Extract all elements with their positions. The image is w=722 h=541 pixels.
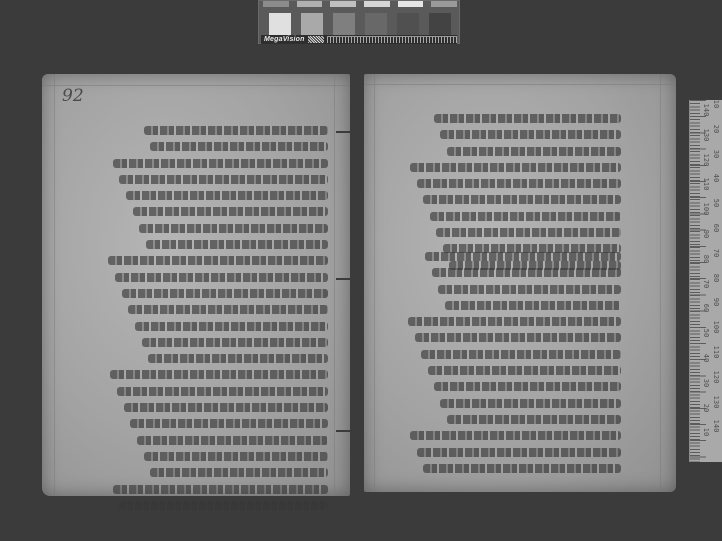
script-line [137,436,328,445]
script-line [430,212,621,221]
script-line [438,285,621,294]
script-line [434,114,621,123]
script-line [122,289,328,298]
script-line [410,431,621,440]
ruler-label-right: 120 [712,367,720,387]
mm-scale-ruler: 1401301201101009080706050403020101020304… [689,100,722,462]
swatch-4 [365,13,387,35]
ruler-label-left: 50 [702,323,710,343]
script-line [139,224,328,233]
ruler-label-left: 110 [702,174,710,194]
ruler-label-right: 80 [712,268,720,288]
ruler-label-right: 20 [712,119,720,139]
target-scale [327,36,457,43]
script-line [421,350,621,359]
ruler-label-left: 100 [702,199,710,219]
script-line [126,191,328,200]
swatch-1 [269,13,291,35]
script-line [428,366,622,375]
script-line [423,195,621,204]
script-line [150,468,328,477]
swatch-5 [397,13,419,35]
swatch [330,1,356,7]
script-line [417,448,621,457]
ruler-label-left: 130 [702,125,710,145]
script-line [432,268,621,277]
script-line [150,142,328,151]
ruler-label-left: 120 [702,150,710,170]
script-line [113,485,328,494]
ruler-label-right: 50 [712,193,720,213]
script-line [408,317,621,326]
color-target-top-row [263,1,457,7]
script-line [447,147,621,156]
manuscript-page-right [364,74,676,492]
megavision-logo: MegaVision [261,36,308,43]
ruler-label-right: 110 [712,342,720,362]
ruler-label-left: 70 [702,274,710,294]
megavision-color-target: MegaVision [258,0,460,44]
swatch [364,1,390,7]
script-line [447,415,621,424]
script-line [117,387,328,396]
script-line [144,452,328,461]
ruler-label-left: 10 [702,422,710,442]
ruler-label-left: 20 [702,398,710,418]
script-line [119,175,328,184]
ruler-label-right: 130 [712,392,720,412]
script-line [440,399,621,408]
swatch [263,1,289,7]
ruler-label-left: 30 [702,373,710,393]
right-page-text-block-2 [406,252,621,480]
ruler-label-left: 140 [702,100,710,120]
resolution-pattern-icon [308,36,324,43]
script-line [417,179,621,188]
swatch [398,1,424,7]
swatch-6 [429,13,451,35]
ruler-label-right: 10 [712,94,720,114]
script-line [133,207,328,216]
swatch-3 [333,13,355,35]
folio-number: 92 [62,86,84,106]
script-line [144,126,328,135]
swatch [297,1,323,7]
script-line [423,464,621,473]
script-line [119,501,328,510]
script-line [425,252,621,261]
swatch-2 [301,13,323,35]
script-line [434,382,621,391]
ruling-line [364,84,676,85]
script-line [445,301,621,310]
ruler-label-right: 90 [712,292,720,312]
ruler-label-right: 30 [712,144,720,164]
script-line [148,354,328,363]
ruler-label-right: 70 [712,243,720,263]
ruler-label-left: 40 [702,348,710,368]
ruler-label-left: 80 [702,249,710,269]
script-line [146,240,328,249]
script-line [110,370,328,379]
ruler-label-right: 40 [712,168,720,188]
swatch [431,1,457,7]
manuscript-page-left: 92 [42,74,350,496]
script-line [113,159,328,168]
script-line [115,273,328,282]
ruler-label-left: 90 [702,224,710,244]
left-page-text-block [106,126,328,517]
ruling-line [334,74,335,496]
ruler-label-right: 100 [712,317,720,337]
script-line [436,228,621,237]
script-line [130,419,328,428]
ruling-line [374,74,375,492]
gray-swatch-row [269,13,451,35]
ruling-line [660,74,661,492]
script-line [108,256,328,265]
script-line [142,338,328,347]
ruler-label-right: 60 [712,218,720,238]
ruler-label-right: 140 [712,416,720,436]
megavision-label-bar: MegaVision [261,35,457,44]
script-line [135,322,328,331]
script-line [128,305,328,314]
script-line [410,163,621,172]
ruling-line [54,74,55,496]
script-line [124,403,328,412]
script-line [440,130,621,139]
script-line [415,333,621,342]
ruling-line [42,85,350,86]
ruler-label-left: 60 [702,298,710,318]
